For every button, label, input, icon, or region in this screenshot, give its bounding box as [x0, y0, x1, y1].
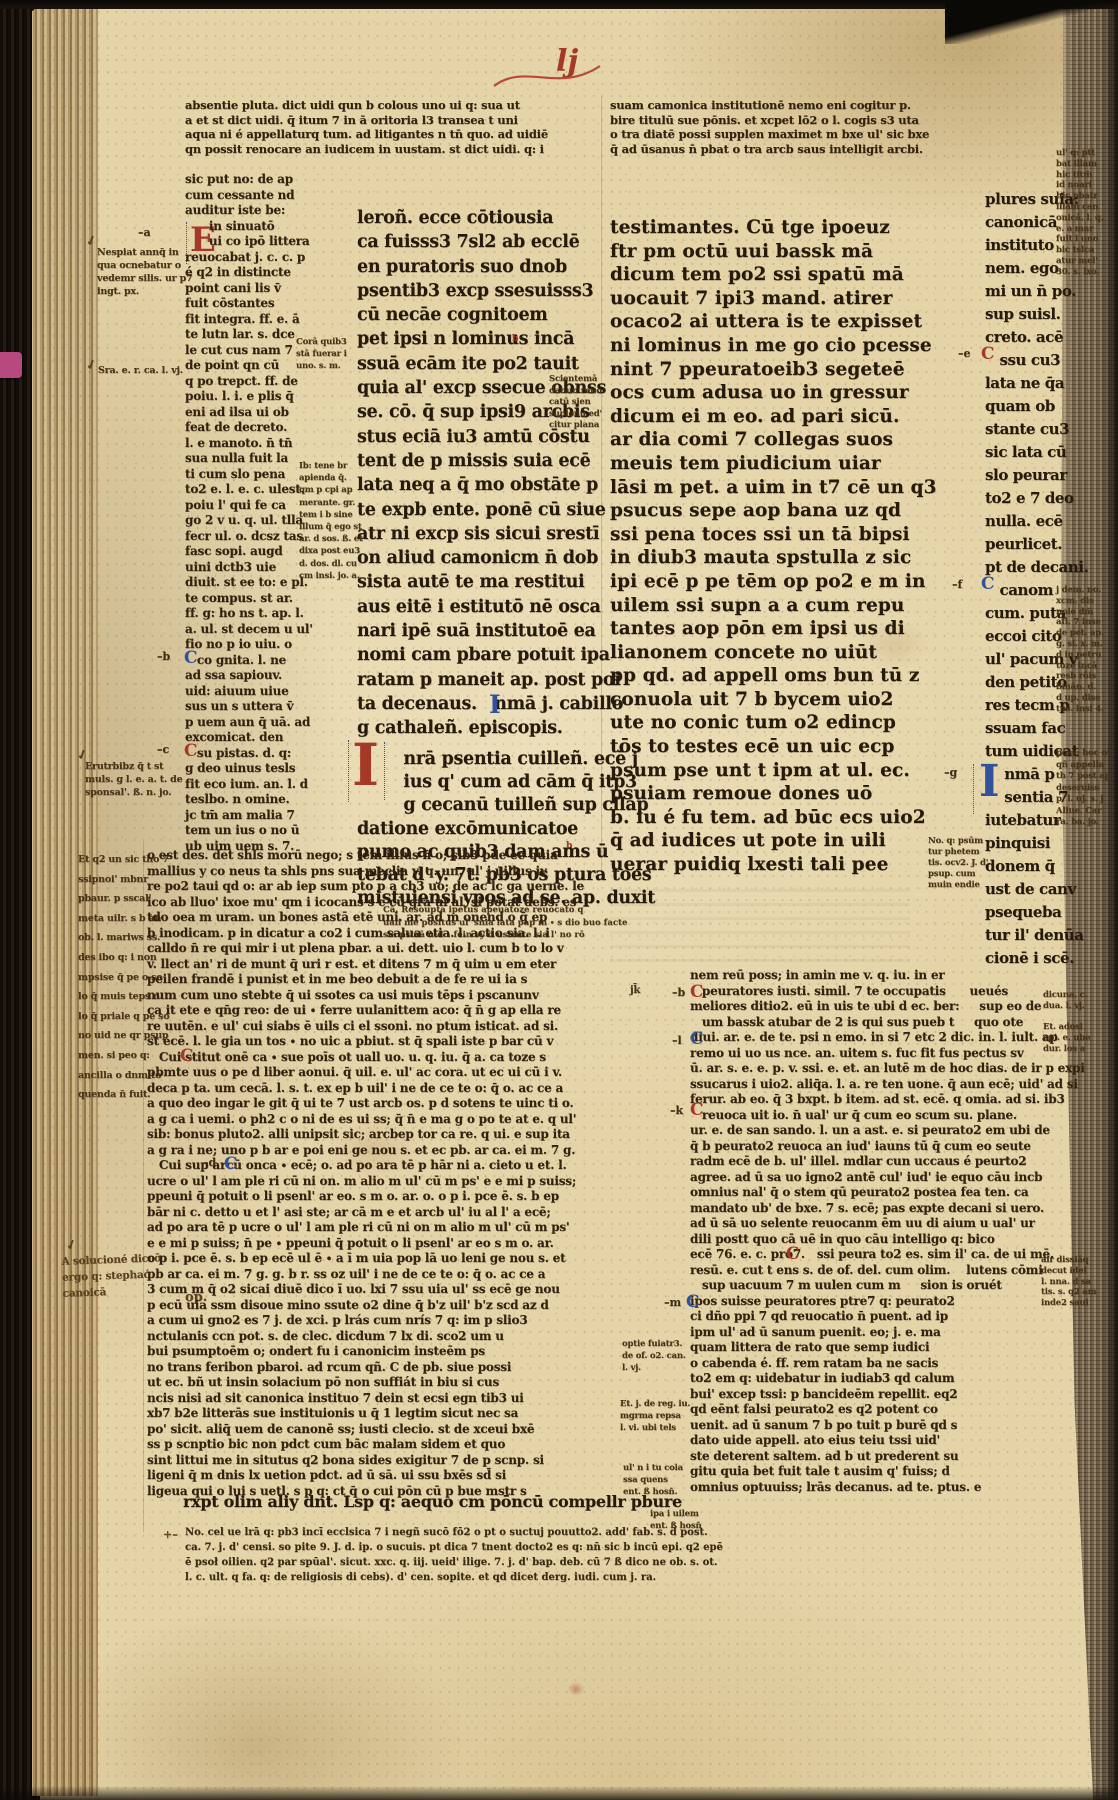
book-bottom-edge [0, 1786, 1118, 1800]
paragraph-mark: C [184, 741, 198, 761]
margin-note: Erutrbibz q̄ t st muls. g l. e. a. t. de… [85, 760, 182, 799]
margin-note: Sra. e. r. ca. l. vj. [98, 366, 183, 377]
paragraph-mark: C [981, 344, 995, 364]
paragraph-mark: C [690, 1100, 704, 1120]
intercolumn-note: Corā quib3 stā fuerar i uno. s. m. [296, 336, 347, 372]
intercolumn-note: Ib: tene br apienda q̄. qm p cpi ap mera… [299, 460, 363, 582]
ref-letter-a: –a [138, 226, 151, 239]
pink-tab-marker [0, 352, 22, 378]
gutter-note: ul' n i tu coia ssa quens ent. ß hosn̄. [623, 1462, 683, 1498]
paragraph-mark: C [690, 982, 704, 1002]
quire-mark: jk̄ [630, 986, 640, 997]
anchor-letter: b [512, 334, 518, 344]
gutter-note: ipa i uilem ent. ß hosn̄ [650, 1508, 701, 1532]
gutter-note: optie fuiatr3. de of. o2. can. l. vj. [622, 1338, 686, 1374]
gloss-bottom-left: o est des. det shls morū nego; s tēm ill… [147, 848, 621, 1499]
folio-flourish [492, 60, 604, 94]
paragraph-mark: C [981, 574, 995, 594]
footnote: No. cel ue lrā q: pb3 incī ecclsica 7 i … [185, 1525, 635, 1585]
paragraph-mark: C [686, 1292, 700, 1312]
gloss-top-right: suam camonica institutionē nemo eni cogi… [610, 98, 908, 156]
ref-letter-d: –d [203, 1156, 216, 1169]
paragraph-mark: C [690, 1029, 704, 1049]
margin-note: poss; hoc ot qñ appella th 7 post ap des… [1056, 748, 1108, 829]
ref-letter-g: –g [944, 766, 957, 779]
book-spine-edge [0, 0, 32, 1800]
gloss-final-line: rxpt olim aliy dnt. Lsp q: aequo cm pōnc… [183, 1492, 682, 1511]
paragraph-mark: C [224, 1154, 238, 1174]
paragraph-mark: C [180, 1046, 194, 1066]
gloss-bottom-right: nem reū poss; in amin me v. q. iu. in er… [690, 968, 1062, 1495]
margin-note: ul' q: ptt bat illam hic titm̄ id noari … [1056, 148, 1108, 278]
ref-letter-b: –b [157, 650, 170, 663]
textus-column-1: leroñ. ecce cōtiousia ca fuisss3 7sl2 ab… [357, 206, 549, 741]
folio-number: lj [556, 44, 578, 79]
book-top-corner-shadow [945, 0, 1118, 44]
gutter-note: Et. j. de reg. iu. mgrma repsa l. vi. ub… [620, 1398, 690, 1434]
ref-letter-l: –l [672, 1034, 682, 1047]
ref-letter-b2: –b [672, 986, 685, 999]
ref-letter-f: –f [952, 578, 962, 591]
initial-I-filigree-left [348, 740, 349, 802]
initial-I-small: I [489, 690, 501, 719]
initial-I-right-filigree [973, 764, 974, 814]
ref-letter-c: –c [157, 743, 169, 756]
initial-I-right: I [979, 760, 1000, 804]
intercolumn-note: Scientemā danun reuo catū sien suplonu e… [549, 374, 602, 432]
ref-letter-e: –e [958, 347, 971, 360]
paragraph-mark: C [184, 648, 198, 668]
ref-letter-m: –m [664, 1296, 681, 1309]
paragraph-mark: C [786, 1244, 800, 1264]
textus-column-narrow: plures suia: canonicā instituto nem. ego… [985, 188, 1063, 970]
margin-note: Nespiat annq̄ in qua ocnebatur o vedemr … [97, 246, 192, 298]
footnote-mark: +– [163, 1528, 178, 1541]
margin-note: No. q: psūm tur phetem tis. ocv2. J. d' … [928, 836, 988, 891]
textus-column-2: testimantes. Cū tge ipoeuz ftr pm octū u… [610, 216, 908, 877]
ref-letter-k: –k [670, 1104, 683, 1117]
margin-note: j dem. no. xcm. dis noie dm̄ afi. 7 inse… [1056, 585, 1108, 715]
gloss-top-left: absentie pluta. dict uidi qun b colous u… [185, 98, 550, 156]
manuscript-photo: lj absentie pluta. dict uidi qun b colou… [0, 0, 1118, 1800]
